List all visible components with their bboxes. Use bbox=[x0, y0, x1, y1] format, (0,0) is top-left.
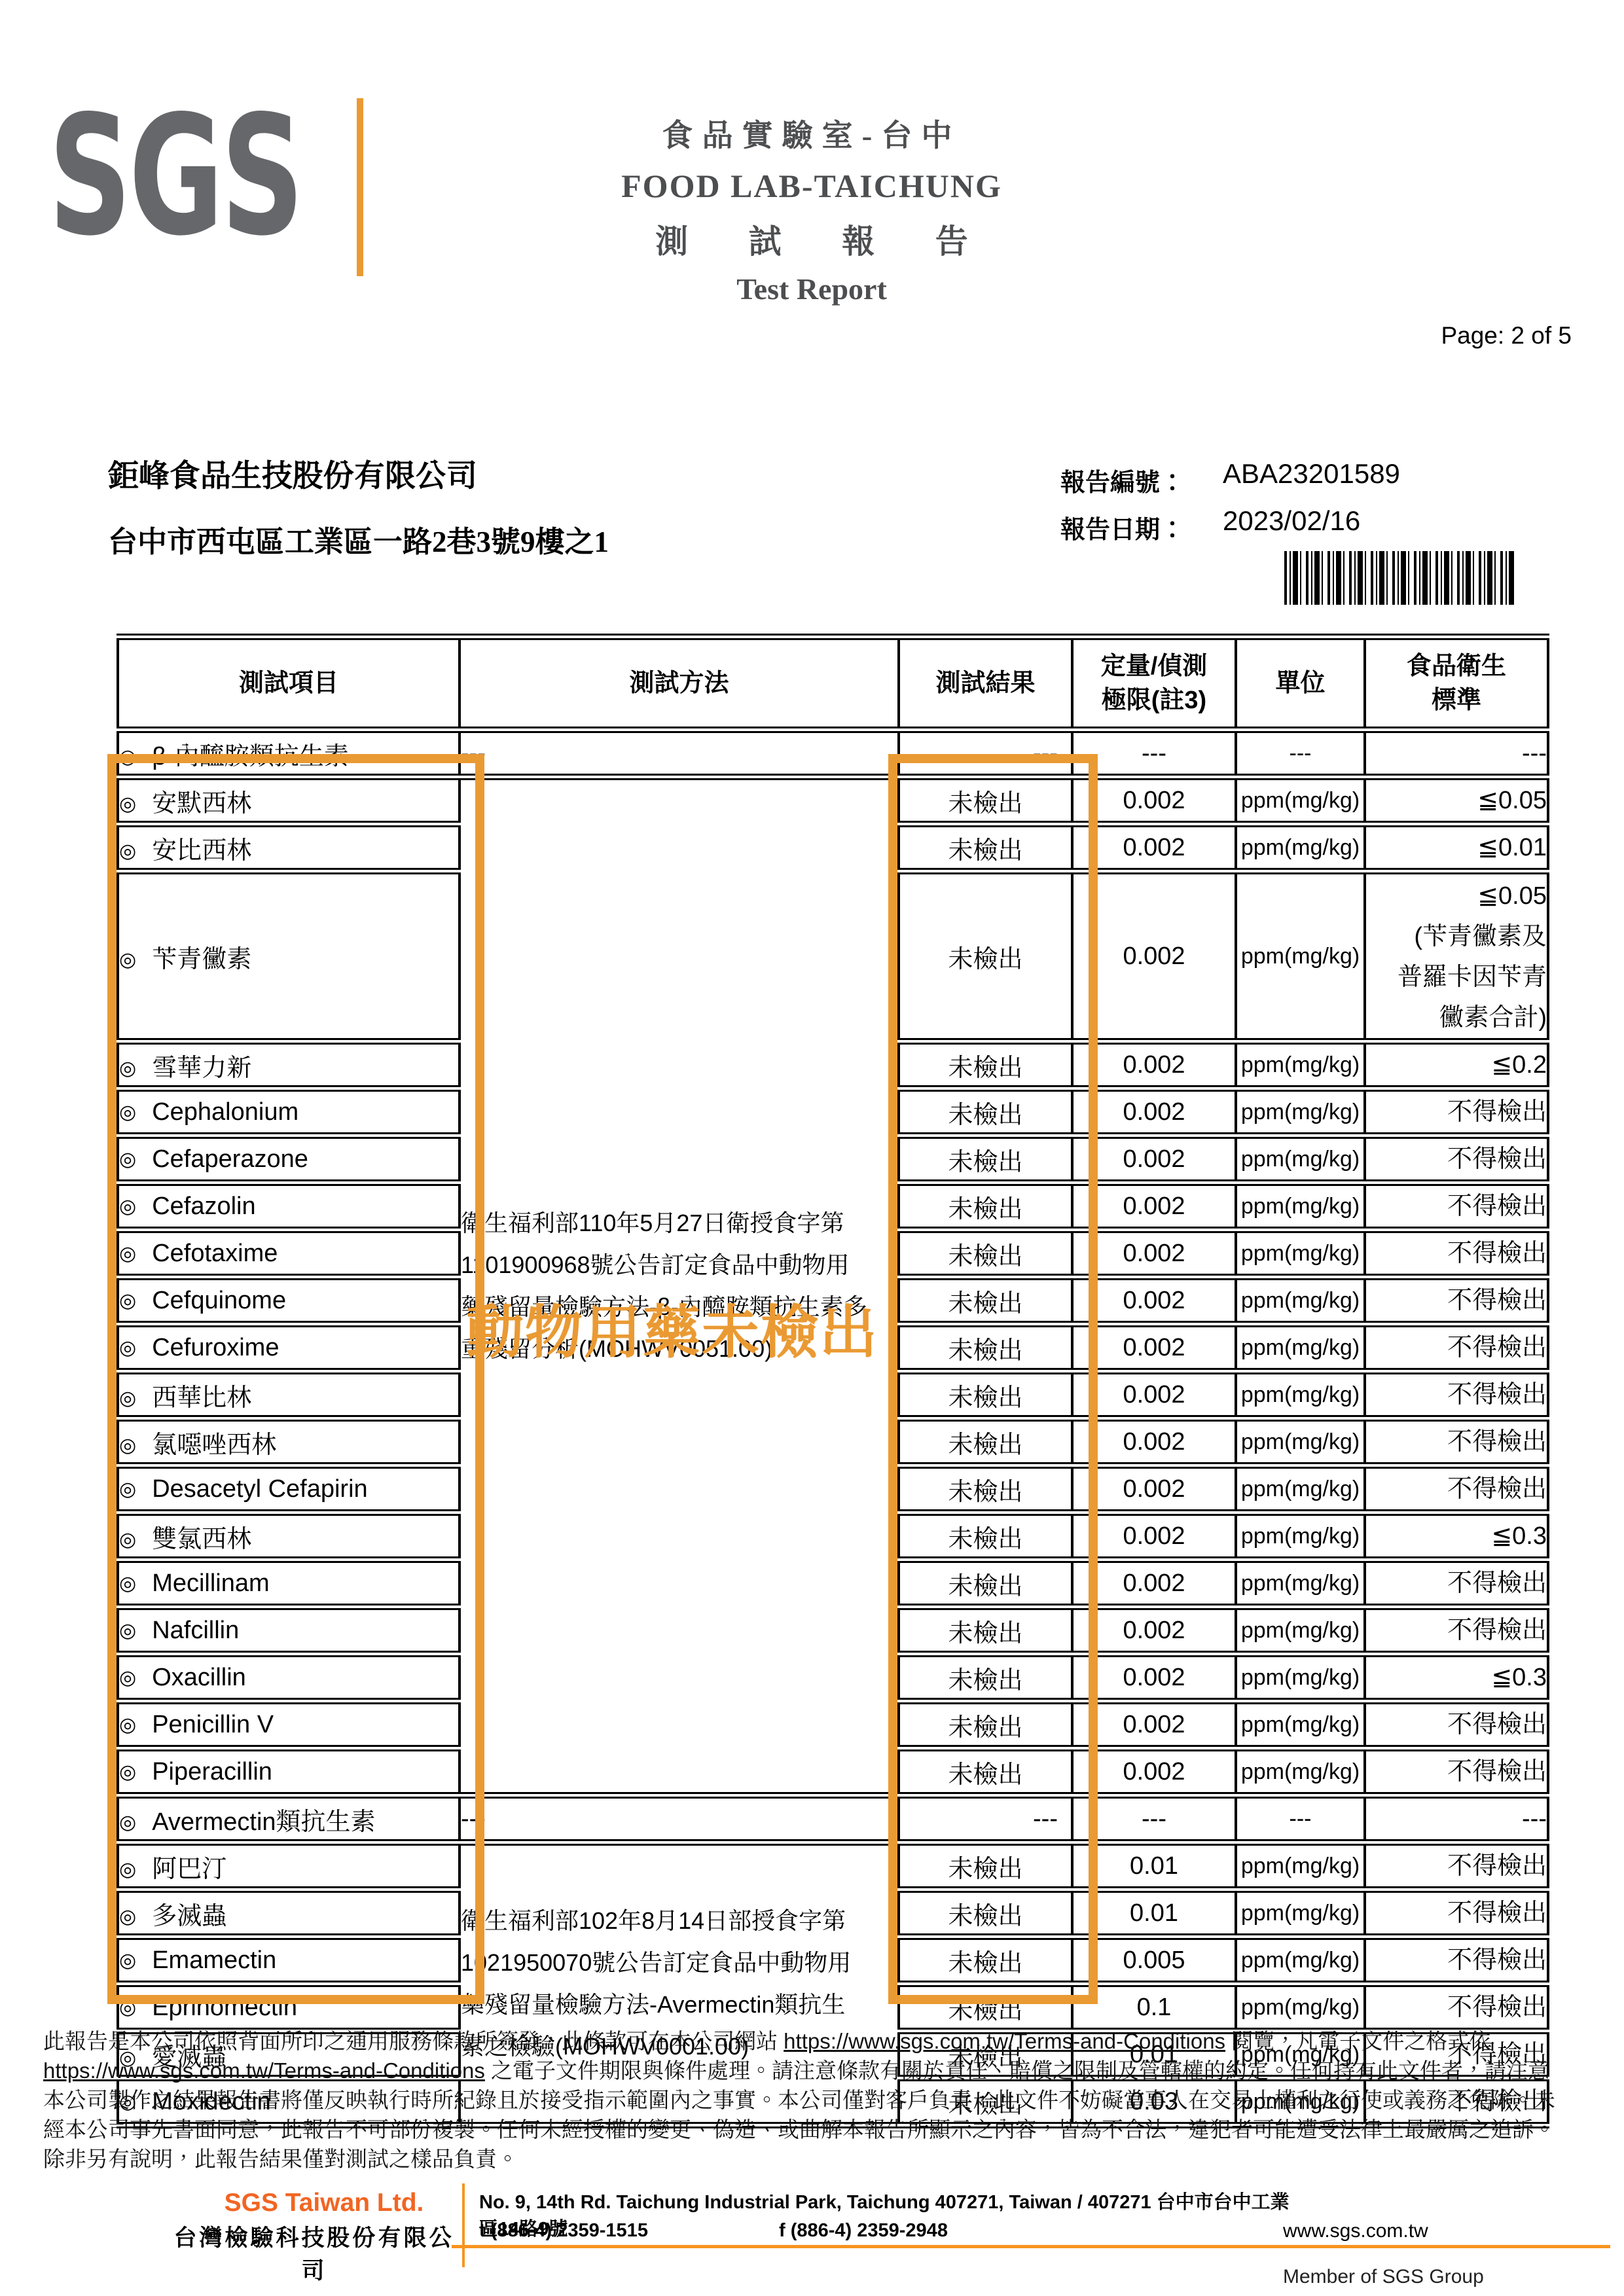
unit-cell: --- bbox=[1236, 1795, 1365, 1842]
footer-sgs-name-zh: 台灣檢驗科技股份有限公司 bbox=[164, 2220, 465, 2286]
unit-cell: ppm(mg/kg) bbox=[1236, 777, 1365, 824]
standard-cell: 不得檢出 bbox=[1365, 1890, 1548, 1937]
disclaimer-line: https://www.sgs.com.tw/Terms-and-Conditi… bbox=[43, 2056, 1585, 2085]
standard-cell: --- bbox=[1365, 730, 1548, 777]
unit-cell: ppm(mg/kg) bbox=[1236, 1607, 1365, 1654]
footer-telephone: t (886-4) 2359-1515 bbox=[479, 2220, 648, 2242]
unit-cell: ppm(mg/kg) bbox=[1236, 1183, 1365, 1230]
unit-cell: ppm(mg/kg) bbox=[1236, 1842, 1365, 1890]
unit-cell: ppm(mg/kg) bbox=[1236, 1937, 1365, 1984]
highlight-overlay-text: 動物用藥未檢出 bbox=[466, 1287, 859, 1369]
method-cell: 衛生福利部110年5月27日衛授食字第1101900968號公告訂定食品中動物用… bbox=[460, 777, 899, 1795]
terms-link[interactable]: https://www.sgs.com.tw/Terms-and-Conditi… bbox=[43, 2058, 485, 2083]
client-address: 台中市西屯區工業區一路2巷3號9樓之1 bbox=[108, 518, 609, 560]
column-header: 測試項目 bbox=[118, 637, 460, 730]
standard-cell: ≦0.05 bbox=[1365, 777, 1548, 824]
standard-cell: 不得檢出 bbox=[1365, 1842, 1548, 1890]
disclaimer-line: 本公司製作之結果報告書將僅反映執行時所紀錄且於接受指示範圍內之事實。本公司僅對客… bbox=[43, 2085, 1585, 2115]
standard-cell: 不得檢出 bbox=[1365, 1560, 1548, 1607]
column-header: 測試方法 bbox=[460, 637, 899, 730]
lab-title-zh: 食品實驗室-台中 bbox=[517, 111, 1106, 155]
report-date-value: 2023/02/16 bbox=[1223, 505, 1360, 537]
unit-cell: ppm(mg/kg) bbox=[1236, 1984, 1365, 2031]
highlight-box-test-results bbox=[888, 754, 1098, 2004]
footer-website-link[interactable]: www.sgs.com.tw bbox=[1283, 2220, 1428, 2242]
unit-cell: ppm(mg/kg) bbox=[1236, 1136, 1365, 1183]
unit-cell: ppm(mg/kg) bbox=[1236, 824, 1365, 871]
report-title-block: 食品實驗室-台中 FOOD LAB-TAICHUNG 測 試 報 告 Test … bbox=[517, 111, 1106, 306]
unit-cell: ppm(mg/kg) bbox=[1236, 1701, 1365, 1748]
disclaimer-segment: 此報告是本公司依照背面所印之通用服務條款所簽發，此條款可在本公司網站 bbox=[43, 2029, 784, 2053]
unit-cell: ppm(mg/kg) bbox=[1236, 1418, 1365, 1465]
standard-cell: 不得檢出 bbox=[1365, 1183, 1548, 1230]
standard-cell: ≦0.01 bbox=[1365, 824, 1548, 871]
method-line: 衛生福利部110年5月27日衛授食字第 bbox=[461, 1202, 897, 1244]
client-block: 鉅峰食品生技股份有限公司 台中市西屯區工業區一路2巷3號9樓之1 bbox=[108, 452, 609, 560]
standard-cell: 不得檢出 bbox=[1365, 1324, 1548, 1371]
sgs-logo-orange-bar bbox=[357, 98, 363, 276]
footer-member-of-sgs-group: Member of SGS Group bbox=[1283, 2266, 1484, 2288]
sgs-logo-text: SGS bbox=[48, 94, 301, 259]
standard-cell: 不得檢出 bbox=[1365, 1418, 1548, 1465]
unit-cell: ppm(mg/kg) bbox=[1236, 1088, 1365, 1136]
unit-cell: ppm(mg/kg) bbox=[1236, 1560, 1365, 1607]
report-date-label: 報告日期： bbox=[1060, 509, 1185, 545]
test-report-page: SGS 食品實驗室-台中 FOOD LAB-TAICHUNG 測 試 報 告 T… bbox=[0, 0, 1624, 2296]
terms-link[interactable]: https://www.sgs.com.tw/Terms-and-Conditi… bbox=[784, 2029, 1225, 2053]
disclaimer-segment: 閱覽，凡電子文件之格式依 bbox=[1225, 2029, 1490, 2053]
disclaimer-line: 除非另有說明，此報告結果僅對測試之樣品負責。 bbox=[43, 2144, 1585, 2174]
column-header: 定量/偵測極限(註3) bbox=[1072, 637, 1236, 730]
disclaimer-line: 經本公司事先書面同意，此報告不可部份複製。任何未經授權的變更、偽造、或曲解本報告… bbox=[43, 2115, 1585, 2144]
report-no-value: ABA23201589 bbox=[1223, 458, 1400, 490]
footer-fax: f (886-4) 2359-2948 bbox=[779, 2220, 948, 2242]
lab-title-en: FOOD LAB-TAICHUNG bbox=[517, 167, 1106, 205]
unit-cell: ppm(mg/kg) bbox=[1236, 1230, 1365, 1277]
standard-cell: 不得檢出 bbox=[1365, 1371, 1548, 1418]
column-header: 食品衛生標準 bbox=[1365, 637, 1548, 730]
disclaimer-text: 此報告是本公司依照背面所印之通用服務條款所簽發，此條款可在本公司網站 https… bbox=[43, 2026, 1585, 2174]
page-number: Page: 2 of 5 bbox=[1441, 322, 1572, 350]
standard-cell: 不得檢出 bbox=[1365, 1277, 1548, 1324]
disclaimer-segment: 除非另有說明，此報告結果僅對測試之樣品負責。 bbox=[43, 2147, 518, 2171]
standard-cell: 不得檢出 bbox=[1365, 1748, 1548, 1795]
footer-sgs-name-en: SGS Taiwan Ltd. bbox=[190, 2189, 458, 2217]
method-cell: --- bbox=[460, 730, 899, 777]
method-line: 1021950070號公告訂定食品中動物用 bbox=[461, 1942, 897, 1984]
unit-cell: ppm(mg/kg) bbox=[1236, 1513, 1365, 1560]
standard-cell: 不得檢出 bbox=[1365, 1701, 1548, 1748]
disclaimer-segment: 本公司製作之結果報告書將僅反映執行時所紀錄且於接受指示範圍內之事實。本公司僅對客… bbox=[43, 2088, 1555, 2112]
highlight-box-test-items bbox=[107, 754, 484, 2004]
unit-cell: ppm(mg/kg) bbox=[1236, 871, 1365, 1041]
method-line: 藥殘留量檢驗方法-Avermectin類抗生 bbox=[461, 1984, 897, 2026]
unit-cell: ppm(mg/kg) bbox=[1236, 1371, 1365, 1418]
standard-cell: ≦0.3 bbox=[1365, 1513, 1548, 1560]
standard-cell: 不得檢出 bbox=[1365, 1607, 1548, 1654]
standard-cell: ≦0.05(苄青黴素及普羅卡因苄青黴素合計) bbox=[1365, 871, 1548, 1041]
unit-cell: ppm(mg/kg) bbox=[1236, 1277, 1365, 1324]
unit-cell: ppm(mg/kg) bbox=[1236, 1324, 1365, 1371]
client-name: 鉅峰食品生技股份有限公司 bbox=[108, 452, 609, 495]
column-header: 單位 bbox=[1236, 637, 1365, 730]
column-header: 測試結果 bbox=[899, 637, 1072, 730]
disclaimer-segment: 之電子文件期限與條件處理。請注意條款有關於責任、賠償之限制及管轄權的約定。任何持… bbox=[485, 2058, 1549, 2083]
standard-cell: 不得檢出 bbox=[1365, 1984, 1548, 2031]
disclaimer-segment: 經本公司事先書面同意，此報告不可部份複製。任何未經授權的變更、偽造、或曲解本報告… bbox=[43, 2117, 1555, 2142]
table-header-row: 測試項目測試方法測試結果定量/偵測極限(註3)單位食品衛生標準 bbox=[118, 637, 1548, 730]
disclaimer-line: 此報告是本公司依照背面所印之通用服務條款所簽發，此條款可在本公司網站 https… bbox=[43, 2026, 1585, 2056]
standard-cell: 不得檢出 bbox=[1365, 1088, 1548, 1136]
standard-cell: --- bbox=[1365, 1795, 1548, 1842]
report-title-en: Test Report bbox=[517, 272, 1106, 306]
footer-vertical-divider bbox=[462, 2183, 465, 2267]
unit-cell: ppm(mg/kg) bbox=[1236, 1748, 1365, 1795]
unit-cell: ppm(mg/kg) bbox=[1236, 1654, 1365, 1701]
standard-cell: 不得檢出 bbox=[1365, 1136, 1548, 1183]
sgs-logo: SGS bbox=[45, 89, 359, 279]
standard-cell: 不得檢出 bbox=[1365, 1230, 1548, 1277]
report-title-zh: 測 試 報 告 bbox=[517, 215, 1106, 262]
standard-cell: ≦0.2 bbox=[1365, 1041, 1548, 1088]
unit-cell: ppm(mg/kg) bbox=[1236, 1890, 1365, 1937]
method-line: 1101900968號公告訂定食品中動物用 bbox=[461, 1244, 897, 1286]
footer-orange-rule bbox=[452, 2245, 1610, 2248]
method-line: 衛生福利部102年8月14日部授食字第 bbox=[461, 1900, 897, 1942]
report-no-label: 報告編號： bbox=[1060, 462, 1185, 498]
unit-cell: --- bbox=[1236, 730, 1365, 777]
standard-cell: ≦0.3 bbox=[1365, 1654, 1548, 1701]
unit-cell: ppm(mg/kg) bbox=[1236, 1465, 1365, 1513]
method-cell: --- bbox=[460, 1795, 899, 1842]
barcode bbox=[1284, 551, 1515, 605]
standard-cell: 不得檢出 bbox=[1365, 1937, 1548, 1984]
unit-cell: ppm(mg/kg) bbox=[1236, 1041, 1365, 1088]
standard-cell: 不得檢出 bbox=[1365, 1465, 1548, 1513]
